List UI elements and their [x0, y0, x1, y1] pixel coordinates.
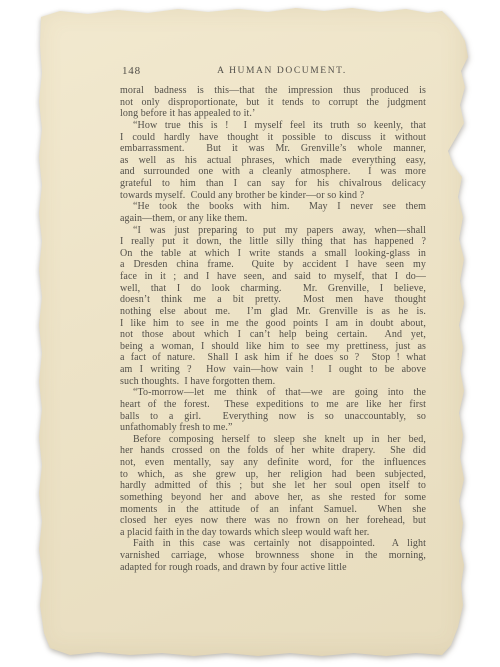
text-line: am I writing ? How vain—how vain ! I oug…: [120, 364, 426, 376]
text-line: I could hardly have thought it possible …: [120, 132, 426, 144]
text-line: On the table at which I write stands a s…: [120, 248, 426, 260]
paragraph: “I was just preparing to put my papers a…: [120, 225, 426, 388]
text-line: a fact of nature. Shall I ask him if he …: [120, 352, 426, 364]
paragraph: “How true this is ! I myself feel its tr…: [120, 120, 426, 201]
text-line: well, that I do look charming. Mr. Grenv…: [120, 283, 426, 295]
text-line: such thoughts. I have forgotten them.: [120, 376, 426, 388]
text-line: and surrounded one with a cleanly atmosp…: [120, 166, 426, 178]
text-line: a Dresden china frame. Quite by accident…: [120, 259, 426, 271]
text-line: doesn’t think me a bit pretty. Most men …: [120, 294, 426, 306]
text-line: closed her eyes now there was no frown o…: [120, 515, 426, 527]
text-line: hardly admitted of this ; but she let he…: [120, 480, 426, 492]
text-line: not, even mentally, say any definite wor…: [120, 457, 426, 469]
text-line: not those about which I can’t help being…: [120, 329, 426, 341]
page-content: 148 A HUMAN DOCUMENT. moral badness is t…: [120, 65, 426, 573]
text-line: not only disproportionate, but it tends …: [120, 97, 426, 109]
paper-sheet: 148 A HUMAN DOCUMENT. moral badness is t…: [34, 5, 468, 659]
text-line: “How true this is ! I myself feel its tr…: [120, 120, 426, 132]
page-header: 148 A HUMAN DOCUMENT.: [120, 65, 426, 78]
text-line: unfathomably fresh to me.”: [120, 422, 426, 434]
book-page: 148 A HUMAN DOCUMENT. moral badness is t…: [34, 5, 468, 659]
text-line: nothing else about me. I’m glad Mr. Gren…: [120, 306, 426, 318]
text-line: heart of the forest. These expeditions t…: [120, 399, 426, 411]
paragraph: Before composing herself to sleep she kn…: [120, 434, 426, 539]
page-body: moral badness is this—that the impressio…: [120, 85, 426, 573]
text-line: something beyond her and above her, as s…: [120, 492, 426, 504]
text-line: Faith in this case was certainly not dis…: [120, 538, 426, 550]
paragraph: “He took the books with him. May I never…: [120, 201, 426, 224]
text-line: I really put it down, the little silly t…: [120, 236, 426, 248]
text-line: long before it has appealed to it.’: [120, 108, 426, 120]
text-line: embarrassment. But it was Mr. Grenville’…: [120, 143, 426, 155]
page-number: 148: [122, 65, 141, 78]
paragraph: Faith in this case was certainly not dis…: [120, 538, 426, 573]
text-line: being a woman, I should like him to see …: [120, 341, 426, 353]
text-line: varnished carriage, whose brownness shon…: [120, 550, 426, 562]
text-line: face in it ; and I have seen, and said t…: [120, 271, 426, 283]
text-line: as well as his actual phrases, which mad…: [120, 155, 426, 167]
paragraph: “To-morrow—let me think of that—we are g…: [120, 387, 426, 434]
text-line: “I was just preparing to put my papers a…: [120, 225, 426, 237]
text-line: adapted for rough roads, and drawn by fo…: [120, 562, 426, 574]
text-line: I like him to see in me the good points …: [120, 318, 426, 330]
text-line: grateful to him than I can say for his c…: [120, 178, 426, 190]
text-line: moments in the attitude of an infant Sam…: [120, 504, 426, 516]
text-line: balls to a girl. Everything now is so un…: [120, 411, 426, 423]
text-line: Before composing herself to sleep she kn…: [120, 434, 426, 446]
text-line: to which, as she grew up, her religion h…: [120, 469, 426, 481]
text-line: a placid faith in the day towards which …: [120, 527, 426, 539]
scan-background: 148 A HUMAN DOCUMENT. moral badness is t…: [0, 0, 500, 667]
paragraph: moral badness is this—that the impressio…: [120, 85, 426, 120]
running-title: A HUMAN DOCUMENT.: [120, 65, 426, 78]
text-line: “To-morrow—let me think of that—we are g…: [120, 387, 426, 399]
text-line: “He took the books with him. May I never…: [120, 201, 426, 213]
text-line: moral badness is this—that the impressio…: [120, 85, 426, 97]
text-line: her hands crossed on the folds of her wh…: [120, 445, 426, 457]
text-line: again—them, or any like them.: [120, 213, 426, 225]
text-line: towards myself. Could any brother be kin…: [120, 190, 426, 202]
